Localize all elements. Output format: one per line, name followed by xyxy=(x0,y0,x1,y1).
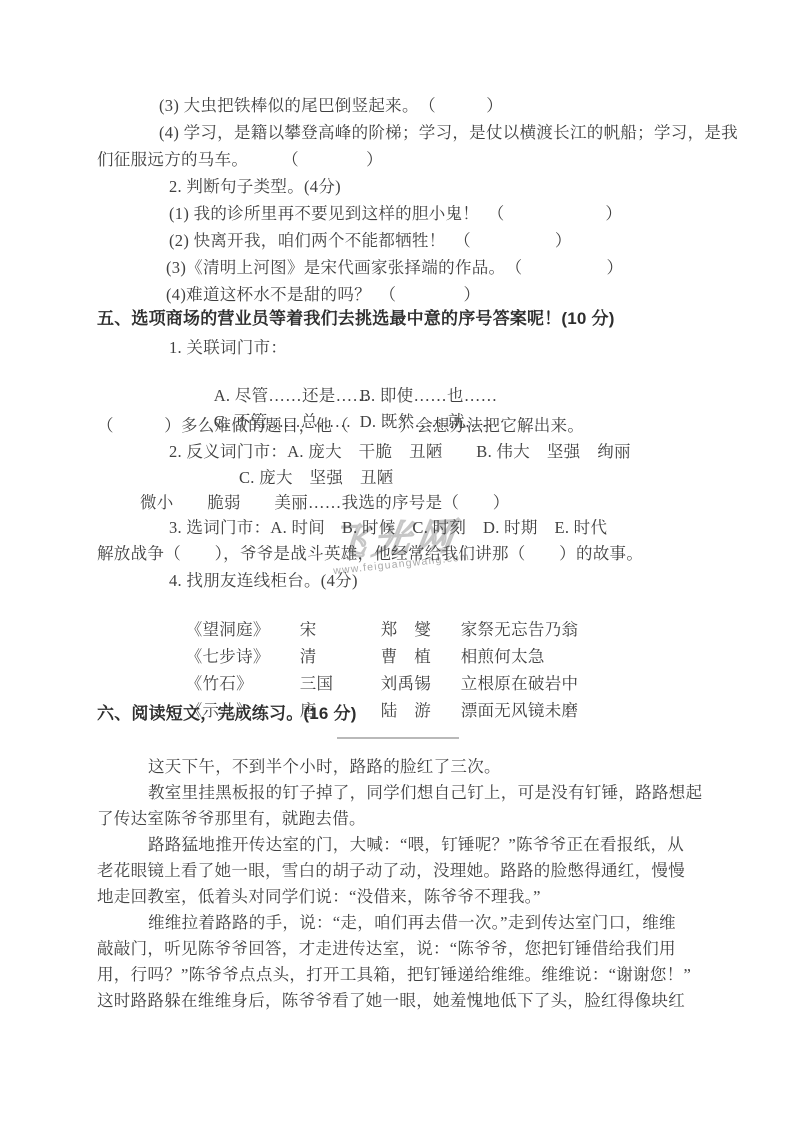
sentence-item-3: (3)《清明上河图》是宋代画家张择端的作品。 （ ） xyxy=(166,257,623,279)
subquestion-2-heading: 2. 判断句子类型。(4分) xyxy=(169,176,341,198)
question-item-3: (3) 大虫把铁棒似的尾巴倒竖起来。 （ ） xyxy=(159,95,503,117)
poem-author: 陆 游 xyxy=(381,700,461,722)
s5-q2-option-c: C. 庞大 坚强 丑陋 xyxy=(239,467,394,489)
section-6-heading: 六、阅读短文，完成练习。(16 分) xyxy=(97,703,357,725)
poem-verse: 漂面无风镜未磨 xyxy=(461,700,579,722)
passage-line-1: 这天下午，不到半个小时，路路的脸红了三次。 xyxy=(148,756,501,778)
s5-q3-heading: 3. 选词门市：A. 时间 B. 时候 C. 时刻 D. 时期 E. 时代 xyxy=(169,517,607,539)
passage-line-6: 地走回教室，低着头对同学们说：“没借来，陈爷爷不理我。” xyxy=(97,886,541,908)
passage-line-8: 敲敲门，听见陈爷爷回答，才走进传达室，说：“陈爷爷，您把钉锤借给我们用 xyxy=(97,938,676,960)
s5-q1-fill-line: （ ）多么难做的题目，他（ ）会想办法把它解出来。 xyxy=(97,415,584,437)
passage-line-7: 维维拉着路路的手，说：“走，咱们再去借一次。”走到传达室门口，维维 xyxy=(148,912,676,934)
s5-q1-heading: 1. 关联词门市： xyxy=(169,337,287,359)
sentence-item-4: (4)难道这杯水不是甜的吗？ （ ） xyxy=(166,284,480,306)
sentence-item-1: (1) 我的诊所里再不要见到这样的胆小鬼！ （ ） xyxy=(169,203,622,225)
passage-line-3: 了传达室陈爷爷那里有，就跑去借。 xyxy=(97,808,366,830)
s5-q2-fill-line: 微小 脆弱 美丽……我选的序号是（ ） xyxy=(140,492,510,514)
exam-page: 飞光网 www.feiguangwang.com (3) 大虫把铁棒似的尾巴倒竖… xyxy=(0,0,793,1122)
s5-q4-heading: 4. 找朋友连线柜台。(4分) xyxy=(169,570,358,592)
passage-line-9: 用，行吗？”陈爷爷点点头，打开工具箱，把钉锤递给维维。维维说：“谢谢您！” xyxy=(97,964,691,986)
sentence-item-2: (2) 快离开我，咱们两个不能都牺牲！ （ ） xyxy=(169,230,572,252)
s5-q2-heading: 2. 反义词门市：A. 庞大 干脆 丑陋 B. 伟大 坚强 绚丽 xyxy=(169,441,631,463)
s5-q3-fill-line: 解放战争（ ），爷爷是战斗英雄，他经常给我们讲那（ ）的故事。 xyxy=(97,543,643,565)
question-item-4-line2: 们征服远方的马车。 （ ） xyxy=(97,149,383,171)
section-5-heading: 五、选项商场的营业员等着我们去挑选最中意的序号答案呢！(10 分) xyxy=(97,308,615,330)
title-blank-line xyxy=(337,737,459,739)
passage-line-2: 教室里挂黑板报的钉子掉了，同学们想自己钉上，可是没有钉锤，路路想起 xyxy=(148,782,702,804)
passage-line-10: 这时路路躲在维维身后，陈爷爷看了她一眼，她羞愧地低下了头，脸红得像块红 xyxy=(97,990,685,1012)
question-item-4-line1: (4) 学习，是籍以攀登高峰的阶梯；学习，是仗以横渡长江的帆船；学习，是我 xyxy=(159,122,738,144)
passage-line-4: 路路猛地推开传达室的门，大喊：“喂，钉锤呢？”陈爷爷正在看报纸，从 xyxy=(148,834,684,856)
passage-line-5: 老花眼镜上看了她一眼，雪白的胡子动了动，没理她。路路的脸憋得通红，慢慢 xyxy=(97,860,685,882)
